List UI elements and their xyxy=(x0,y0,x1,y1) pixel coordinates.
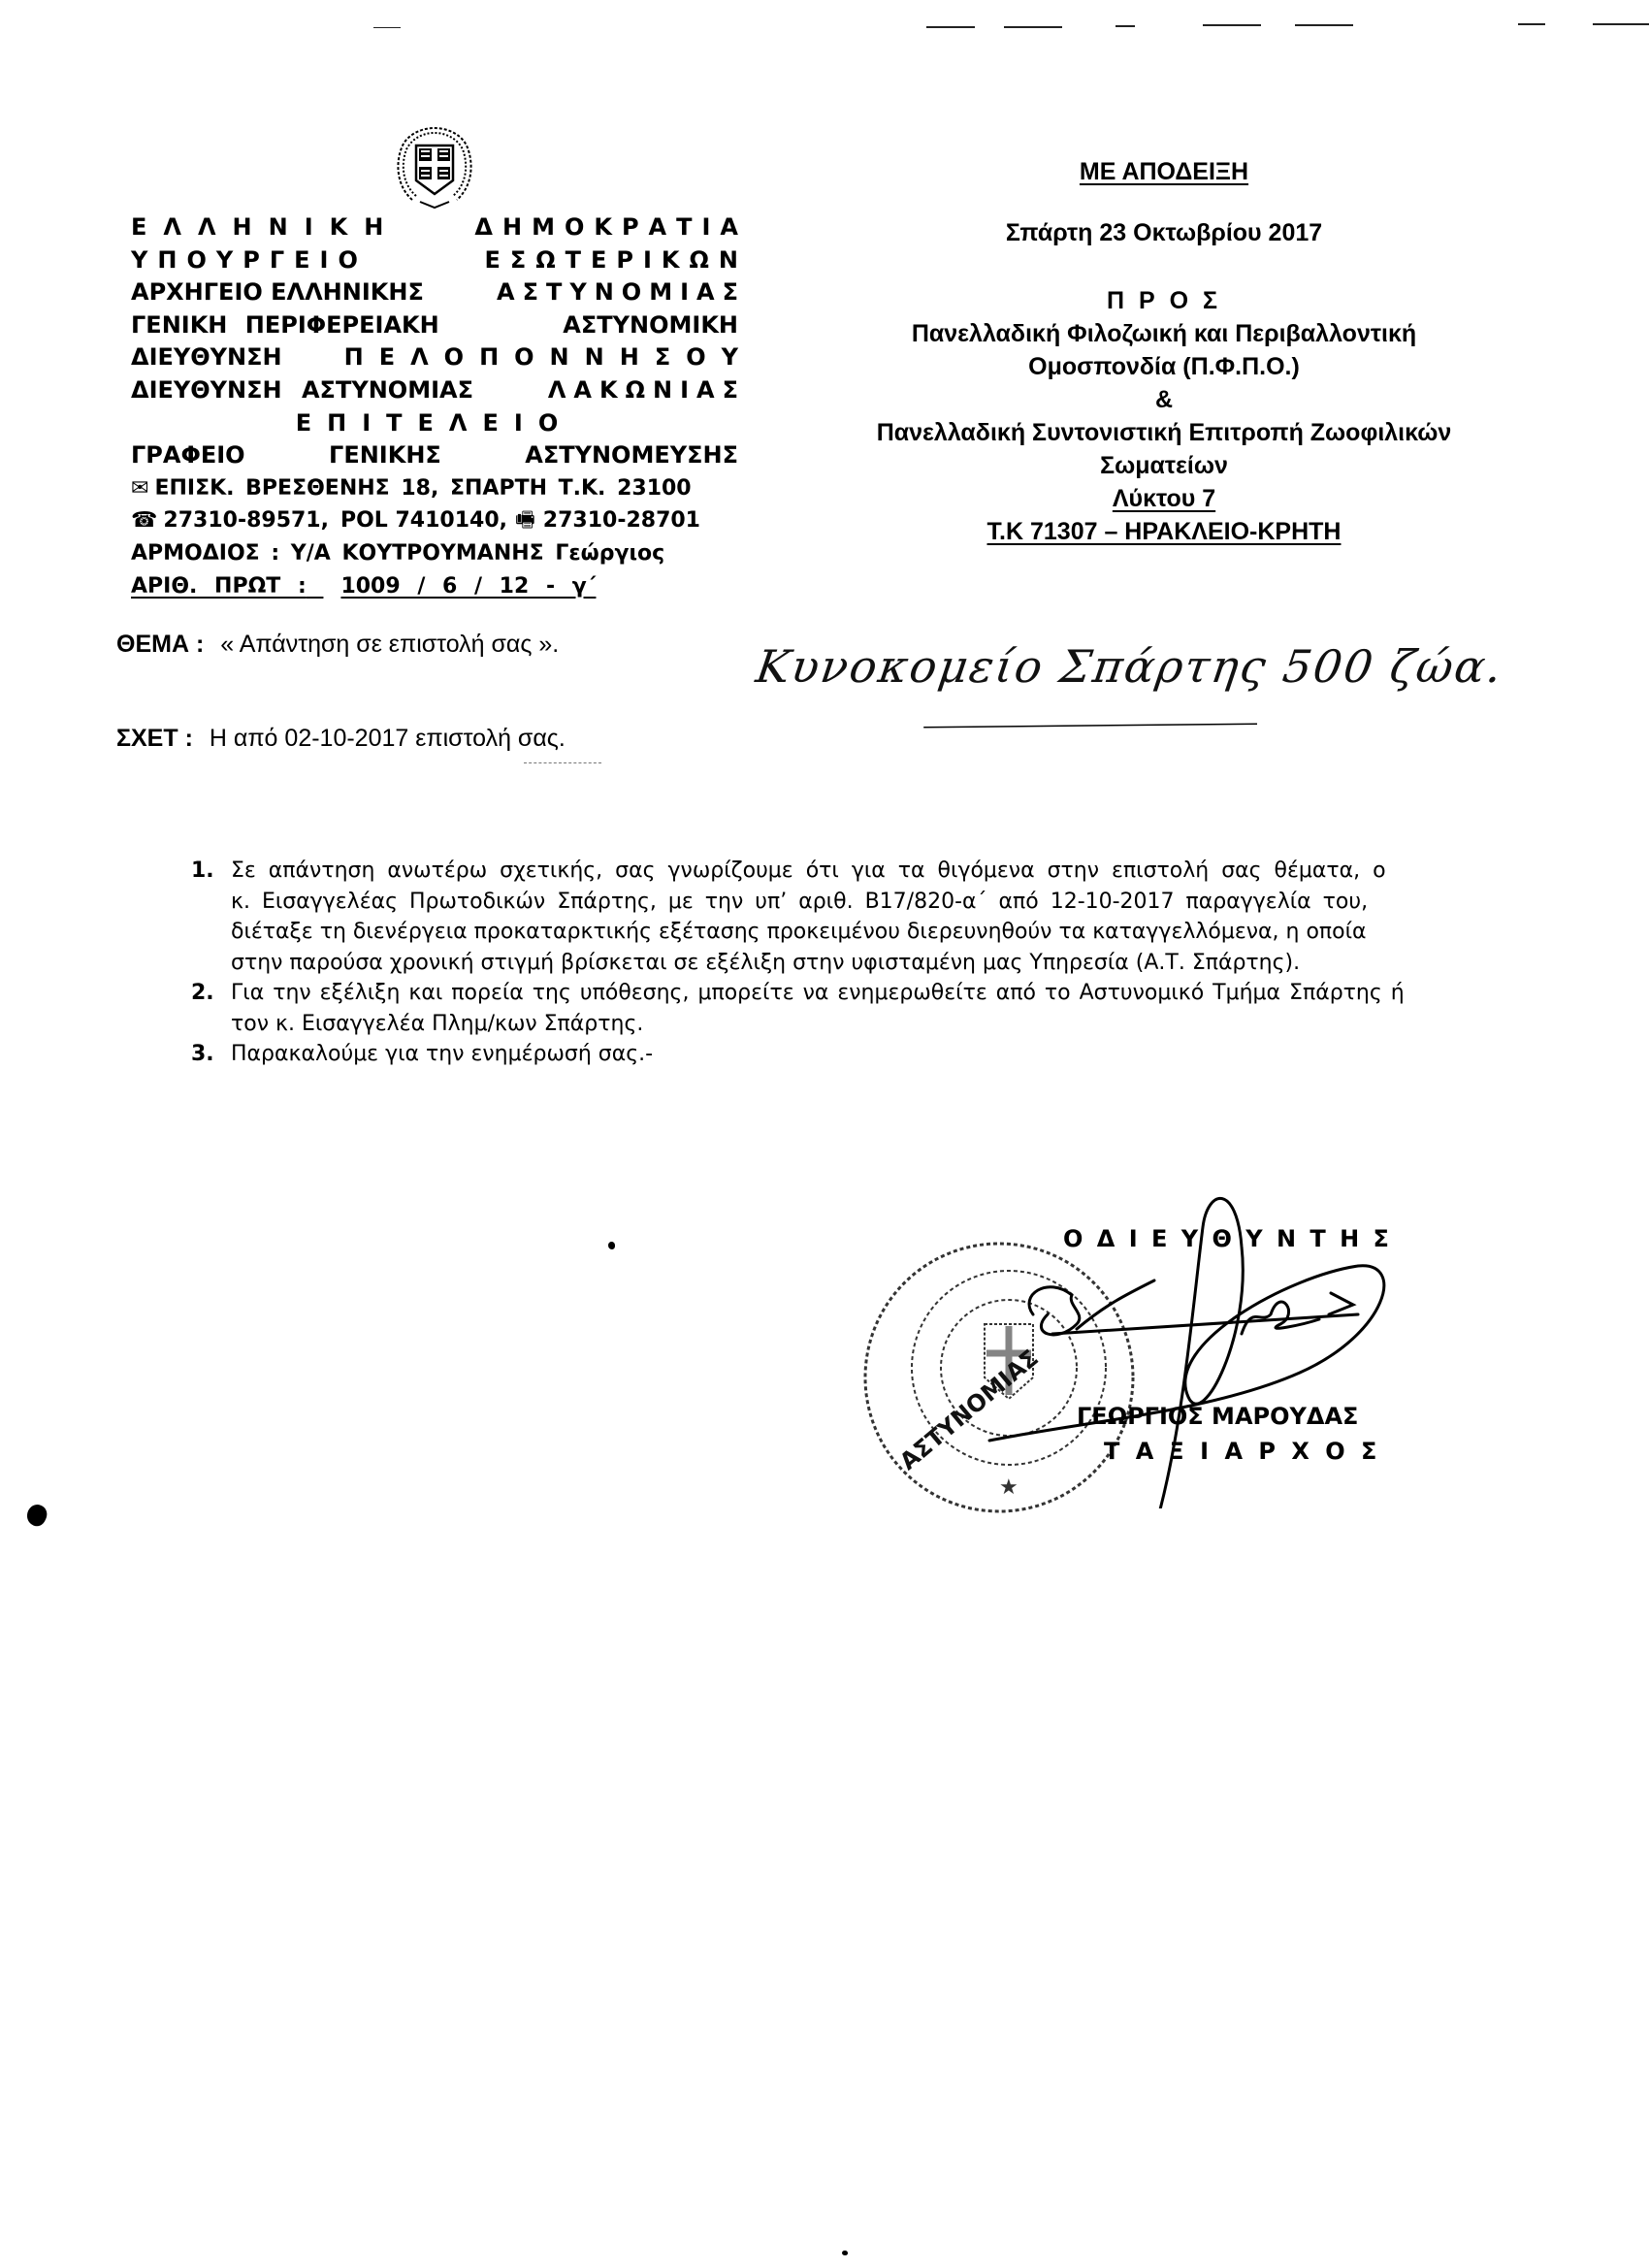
scan-artifact-line xyxy=(1518,23,1545,25)
reference-line: ΣΧΕΤ : Η από 02-10-2017 επιστολή σας. xyxy=(116,725,566,753)
reference-label: ΣΧΕΤ : xyxy=(116,725,193,752)
header-text: ΑΣΤΥΝΟΜΕΥΣΗΣ xyxy=(525,439,738,472)
header-line-general-regional: ΓΕΝΙΚΗ ΠΕΡΙΦΕΡΕΙΑΚΗ ΑΣΤΥΝΟΜΙΚΗ xyxy=(131,309,738,342)
header-line-phones: ☎ 27310-89571, POL 7410140, 🖷 27310-2870… xyxy=(131,504,738,537)
delivery-note-text: ΜΕ ΑΠΟΔΕΙΞΗ xyxy=(1080,158,1248,185)
recipient-line: Ομοσπονδία (Π.Φ.Π.Ο.) xyxy=(815,350,1513,383)
header-text: ΑΣΤΥΝΟΜΙΑΣ xyxy=(497,276,746,309)
item-number: 2. xyxy=(191,978,214,1009)
recipient-block: ΜΕ ΑΠΟΔΕΙΞΗ Σπάρτη 23 Οκτωβρίου 2017 Π Ρ… xyxy=(815,155,1513,548)
fax-icon: 🖷 xyxy=(515,504,535,537)
telephone-icon: ☎ xyxy=(131,504,157,537)
item-number: 3. xyxy=(191,1039,214,1070)
scan-artifact-blob xyxy=(23,1502,49,1529)
fax-number: 27310-28701 xyxy=(543,504,700,537)
letter-date: Σπάρτη 23 Οκτωβρίου 2017 xyxy=(815,216,1513,249)
body-line: κ. Εισαγγελέας Πρωτοδικών Σπάρτης, με τη… xyxy=(231,887,1510,918)
header-text: ΔΙΕΥΘΥΝΣΗ xyxy=(131,341,282,374)
phone-number: 27310-89571, xyxy=(163,504,329,537)
body-item-2: 2. Για την εξέλιξη και πορεία της υπόθεσ… xyxy=(191,978,1510,1039)
header-text: ΓΕΝΙΚΗΣ xyxy=(329,439,441,472)
protocol-number: ΑΡΙΘ. ΠΡΩΤ : 1009 / 6 / 12 - γ΄ xyxy=(131,570,634,603)
recipient-postal-text: Τ.Κ 71307 – ΗΡΑΚΛΕΙΟ-ΚΡΗΤΗ xyxy=(987,518,1342,545)
recipient-line: & xyxy=(815,383,1513,416)
reference-text: Η από 02-10-2017 επιστολή σας. xyxy=(210,725,566,752)
greek-coat-of-arms-icon xyxy=(393,124,476,211)
scan-artifact-dot xyxy=(608,1242,615,1249)
scan-artifact-line xyxy=(1115,25,1135,27)
header-text: ΥΠΟΥΡΓΕΙΟ xyxy=(131,244,368,277)
handwritten-note: Κυνοκομείο Σπάρτης 500 ζώα. xyxy=(753,640,1506,693)
subject-label: ΘΕΜΑ : xyxy=(116,631,204,658)
header-text: ΑΣΤΥΝΟΜΙΚΗ xyxy=(563,309,738,342)
recipient-line: Πανελλαδική Συντονιστική Επιτροπή Ζωοφιλ… xyxy=(815,416,1513,449)
scan-artifact-line xyxy=(524,762,601,764)
responsible-officer: ΑΡΜΟΔΙΟΣ : Υ/Α ΚΟΥΤΡΟΥΜΑΝΗΣ Γεώργιος xyxy=(131,537,664,570)
recipient-line: Πανελλαδική Φιλοζωική και Περιβαλλοντική xyxy=(815,317,1513,350)
header-text: ΔΙΕΥΘΥΝΣΗ ΑΣΤΥΝΟΜΙΑΣ xyxy=(131,374,473,407)
scan-artifact-line xyxy=(1203,24,1261,26)
envelope-icon: ✉ xyxy=(131,472,148,505)
subject-line: ΘΕΜΑ : « Απάντηση σε επιστολή σας ». xyxy=(116,631,559,659)
header-line-headquarters: ΑΡΧΗΓΕΙΟ ΕΛΛΗΝΙΚΗΣ ΑΣΤΥΝΟΜΙΑΣ xyxy=(131,276,738,309)
header-text: ΓΡΑΦΕΙΟ xyxy=(131,439,245,472)
header-text: ΔΗΜΟΚΡΑΤΙΑ xyxy=(474,211,748,244)
header-line-republic: ΕΛΛΗΝΙΚΗ ΔΗΜΟΚΡΑΤΙΑ xyxy=(131,211,738,244)
letter-body: 1. Σε απάντηση ανωτέρω σχετικής, σας γνω… xyxy=(191,856,1510,1070)
handwritten-underline xyxy=(810,723,1373,729)
body-line: στην παρούσα χρονική στιγμή βρίσκεται σε… xyxy=(231,948,1510,979)
header-text: ΕΠΙΤΕΛΕΙΟ xyxy=(296,407,573,440)
header-text: ΓΕΝΙΚΗ ΠΕΡΙΦΕΡΕΙΑΚΗ xyxy=(131,309,439,342)
body-line: τον κ. Εισαγγελέα Πλημ/κων Σπάρτης. xyxy=(231,1009,1510,1040)
address-text: ΕΠΙΣΚ. ΒΡΕΣΘΕΝΗΣ 18, ΣΠΑΡΤΗ Τ.Κ. 23100 xyxy=(154,472,691,505)
header-text: ΕΣΩΤΕΡΙΚΩΝ xyxy=(484,244,748,277)
scan-artifact-dot xyxy=(842,2251,848,2255)
pol-number: POL 7410140, xyxy=(340,504,507,537)
subject-text: « Απάντηση σε επιστολή σας ». xyxy=(220,631,559,658)
header-line-staff: ΕΠΙΤΕΛΕΙΟ xyxy=(131,407,738,440)
header-line-office: ΓΡΑΦΕΙΟ ΓΕΝΙΚΗΣ ΑΣΤΥΝΟΜΕΥΣΗΣ xyxy=(131,439,738,472)
body-line: διέταξε τη διενέργεια προκαταρκτικής εξέ… xyxy=(231,917,1510,948)
header-line-address: ✉ ΕΠΙΣΚ. ΒΡΕΣΘΕΝΗΣ 18, ΣΠΑΡΤΗ Τ.Κ. 23100 xyxy=(131,472,738,505)
delivery-note: ΜΕ ΑΠΟΔΕΙΞΗ xyxy=(815,155,1513,188)
protocol-label: ΑΡΙΘ. ΠΡΩΤ : xyxy=(131,574,307,599)
recipient-postal: Τ.Κ 71307 – ΗΡΑΚΛΕΙΟ-ΚΡΗΤΗ xyxy=(815,515,1513,548)
scan-artifact-line xyxy=(1593,23,1649,25)
body-item-1: 1. Σε απάντηση ανωτέρω σχετικής, σας γνω… xyxy=(191,856,1510,978)
header-line-ministry: ΥΠΟΥΡΓΕΙΟ ΕΣΩΤΕΡΙΚΩΝ xyxy=(131,244,738,277)
header-line-peloponnese: ΔΙΕΥΘΥΝΣΗ ΠΕΛΟΠΟΝΝΗΣΟΥ xyxy=(131,341,738,374)
body-line: Παρακαλούμε για την ενημέρωσή σας.- xyxy=(231,1039,1510,1070)
handwritten-signature-icon xyxy=(970,1188,1416,1508)
header-line-officer: ΑΡΜΟΔΙΟΣ : Υ/Α ΚΟΥΤΡΟΥΜΑΝΗΣ Γεώργιος xyxy=(131,537,738,570)
recipient-street-text: Λύκτου 7 xyxy=(1113,485,1215,512)
body-line: Σε απάντηση ανωτέρω σχετικής, σας γνωρίζ… xyxy=(231,856,1510,887)
scan-artifact-line xyxy=(1004,26,1062,28)
sender-header: ΕΛΛΗΝΙΚΗ ΔΗΜΟΚΡΑΤΙΑ ΥΠΟΥΡΓΕΙΟ ΕΣΩΤΕΡΙΚΩΝ… xyxy=(131,211,738,602)
scan-artifact-line xyxy=(926,26,975,28)
header-text: ΕΛΛΗΝΙΚΗ xyxy=(131,211,400,244)
scan-artifact-line xyxy=(1295,24,1353,26)
body-item-3: 3. Παρακαλούμε για την ενημέρωσή σας.- xyxy=(191,1039,1510,1070)
header-text: ΛΑΚΩΝΙΑΣ xyxy=(548,374,746,407)
to-label: Π Ρ Ο Σ xyxy=(815,284,1513,317)
item-number: 1. xyxy=(191,856,214,887)
protocol-value: 1009 / 6 / 12 - γ΄ xyxy=(340,574,596,599)
header-text: ΠΕΛΟΠΟΝΝΗΣΟΥ xyxy=(344,341,754,374)
body-line: Για την εξέλιξη και πορεία της υπόθεσης,… xyxy=(231,978,1510,1009)
header-line-protocol: ΑΡΙΘ. ΠΡΩΤ : 1009 / 6 / 12 - γ΄ xyxy=(131,570,738,603)
header-line-laconia: ΔΙΕΥΘΥΝΣΗ ΑΣΤΥΝΟΜΙΑΣ ΛΑΚΩΝΙΑΣ xyxy=(131,374,738,407)
recipient-street: Λύκτου 7 xyxy=(815,482,1513,515)
scan-artifact-line xyxy=(373,27,401,28)
header-text: ΑΡΧΗΓΕΙΟ ΕΛΛΗΝΙΚΗΣ xyxy=(131,276,424,309)
recipient-line: Σωματείων xyxy=(815,449,1513,482)
